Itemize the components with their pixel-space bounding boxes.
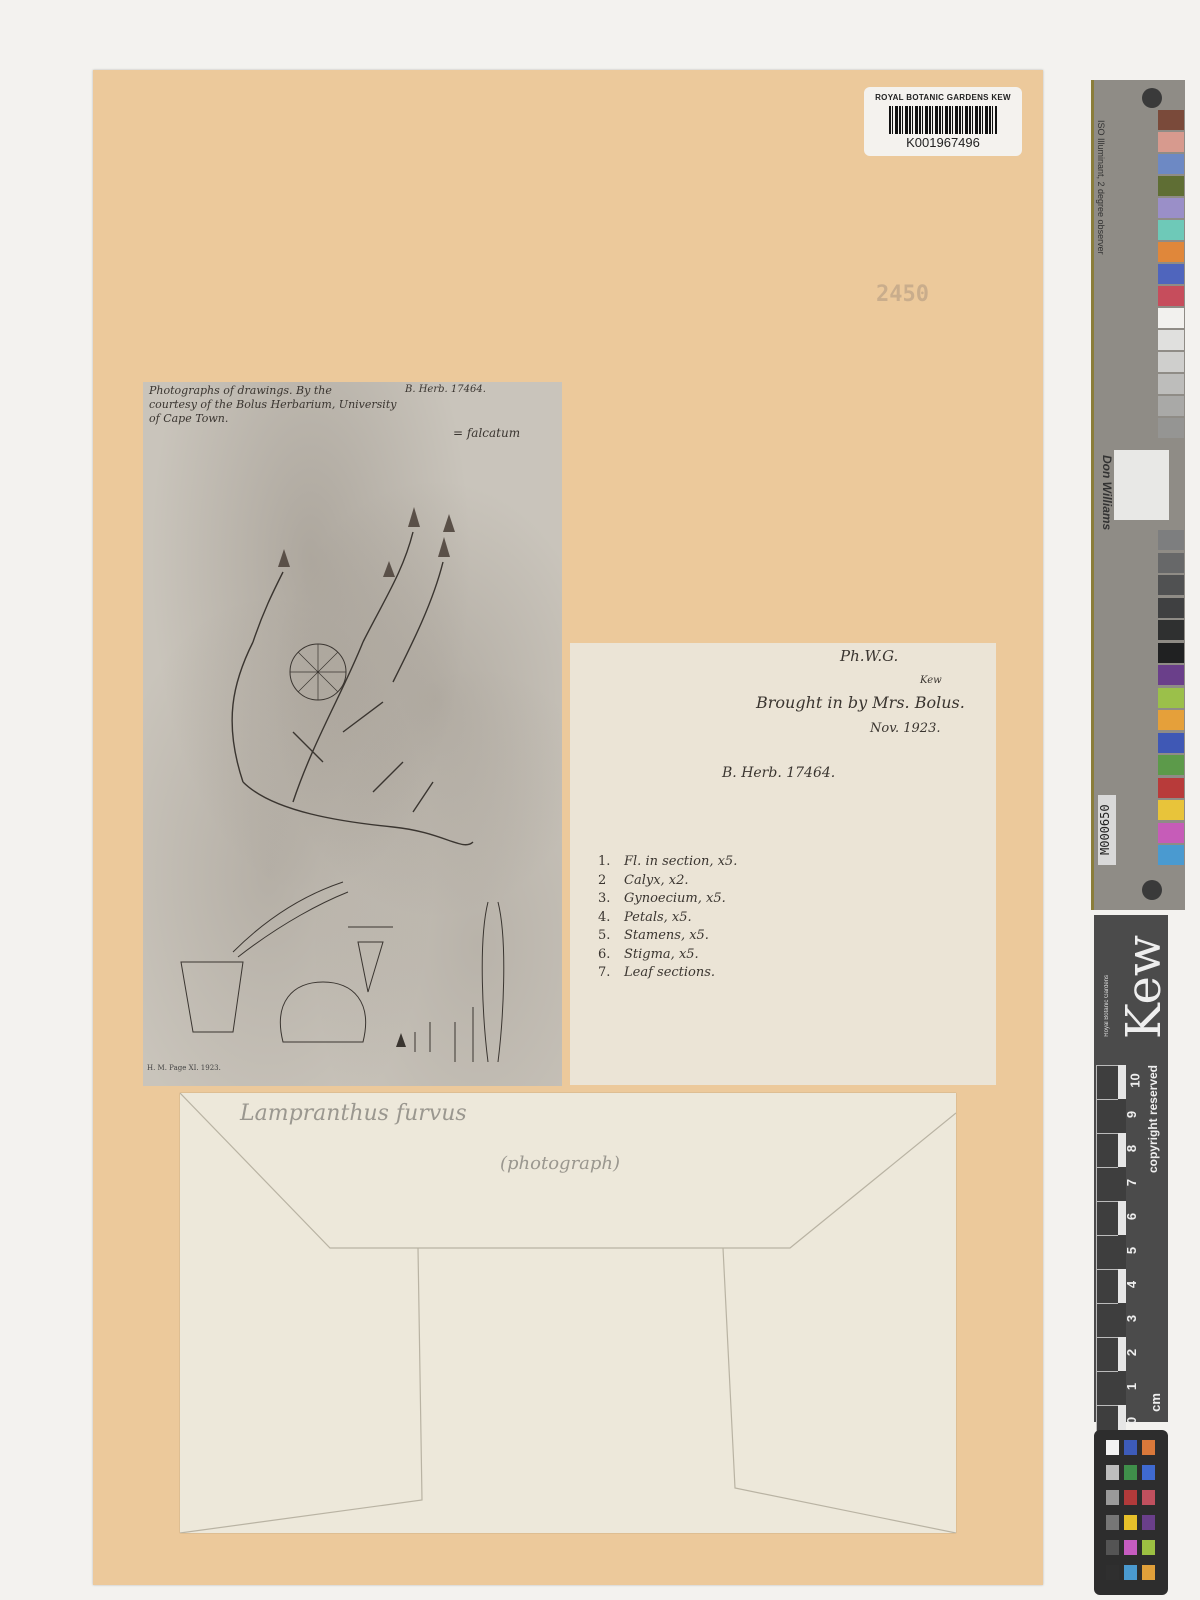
color-calibration-strip: ISO Illuminant, 2 degree observer Don Wi… [1091,80,1185,910]
checker-square [1142,1465,1155,1480]
photo-artist-credit: H. M. Page XI. 1923. [147,1064,221,1072]
ruler-segment [1118,1065,1126,1100]
checker-square [1106,1490,1119,1505]
color-patch [1158,643,1184,663]
color-patch [1158,396,1184,416]
checker-square [1142,1540,1155,1555]
notes-brought-in: Brought in by Mrs. Bolus. [756,693,965,712]
strip-scale-target [1114,450,1169,520]
strip-header-text: ISO Illuminant, 2 degree observer [1096,120,1106,255]
legend-item: 4.Petals, x5. [598,909,737,928]
color-patch [1158,598,1184,618]
checker-square [1106,1565,1119,1580]
color-checker-chart [1094,1430,1168,1595]
checker-square [1106,1465,1119,1480]
ruler-number: 7 [1124,1179,1139,1186]
color-patch [1158,220,1184,240]
ruler-number: 10 [1128,1073,1143,1087]
checker-square [1106,1515,1119,1530]
color-patch [1158,823,1184,843]
notes-card: Ph.W.G. Kew Brought in by Mrs. Bolus. No… [570,643,996,1085]
ruler-unit: cm [1148,1393,1163,1412]
color-patch [1158,132,1184,152]
color-patch [1158,198,1184,218]
checker-square [1124,1465,1137,1480]
ruler-segment [1096,1269,1120,1305]
ruler-number: 0 [1124,1417,1139,1424]
color-patch [1158,575,1184,595]
checker-square [1142,1565,1155,1580]
checker-square [1142,1440,1155,1455]
envelope-note: (photograph) [500,1153,620,1174]
color-patch [1158,374,1184,394]
color-patch [1158,330,1184,350]
barcode-number: K001967496 [864,135,1022,150]
color-patch [1158,710,1184,730]
color-patch [1158,755,1184,775]
ruler-number: 4 [1124,1281,1139,1288]
ruler-segment [1096,1235,1120,1271]
color-patch [1158,264,1184,284]
plant-drawing-icon [143,382,562,1086]
legend-item: 7.Leaf sections. [598,964,737,983]
legend-item: 2Calyx, x2. [598,872,737,891]
color-patch [1158,553,1184,573]
ruler-segment [1096,1133,1120,1169]
ruler-segment [1096,1099,1120,1135]
legend-item: 3.Gynoecium, x5. [598,890,737,909]
barcode-icon [889,106,997,134]
legend-item: 5.Stamens, x5. [598,927,737,946]
checker-square [1124,1490,1137,1505]
checker-square [1142,1515,1155,1530]
notes-signature-place: Kew [920,675,942,686]
color-patch [1158,733,1184,753]
ruler-number: 2 [1124,1349,1139,1356]
color-patch [1158,530,1184,550]
color-patch [1158,688,1184,708]
fragment-envelope[interactable]: Lampranthus furvus (photograph) [180,1093,956,1533]
color-patch [1158,110,1184,130]
strip-code: M000650 [1098,795,1116,865]
color-patch [1158,286,1184,306]
ruler-number: 1 [1124,1383,1139,1390]
checker-square [1142,1490,1155,1505]
color-patch [1158,845,1184,865]
color-patch [1158,242,1184,262]
color-patch [1158,308,1184,328]
cm-ruler: 109876543210 [1096,1065,1140,1415]
figure-legend-list: 1.Fl. in section, x5. 2Calyx, x2. 3.Gyno… [598,853,737,983]
ruler-number: 3 [1124,1315,1139,1322]
color-patch [1158,778,1184,798]
ruler-number: 8 [1124,1145,1139,1152]
color-patch [1158,176,1184,196]
institution-name: ROYAL BOTANIC GARDENS KEW [864,93,1022,102]
color-patch [1158,620,1184,640]
ruler-segment [1096,1167,1120,1203]
ruler-segment [1096,1065,1120,1101]
legend-item: 1.Fl. in section, x5. [598,853,737,872]
notes-date: Nov. 1923. [870,721,940,736]
specimen-photograph: Photographs of drawings. By the courtesy… [143,382,562,1086]
barcode-label: ROYAL BOTANIC GARDENS KEW K001967496 [864,87,1022,156]
ruler-segment [1096,1371,1120,1407]
kew-subtitle: Royal Botanic Gardens [1104,975,1110,1037]
notes-signature: Ph.W.G. [840,647,898,665]
checker-square [1124,1540,1137,1555]
checker-square [1106,1440,1119,1455]
kew-scale-plate: Royal Botanic Gardens Kew copyright rese… [1094,915,1168,1422]
checker-square [1124,1515,1137,1530]
ruler-segment [1096,1201,1120,1237]
kew-copyright: copyright reserved [1146,1065,1160,1173]
ruler-number: 9 [1124,1111,1139,1118]
legend-item: 6.Stigma, x5. [598,946,737,965]
ruler-number: 6 [1124,1213,1139,1220]
checker-square [1124,1440,1137,1455]
ruler-segment [1096,1303,1120,1339]
notes-herbarium-ref: B. Herb. 17464. [722,765,835,781]
strip-dot-icon [1142,88,1162,108]
checker-square [1106,1540,1119,1555]
ruler-segment [1096,1337,1120,1373]
color-patch [1158,418,1184,438]
strip-brand: Don Williams [1100,455,1114,530]
kew-logo: Kew [1116,935,1172,1039]
stamp-number: 2450 [876,282,929,307]
color-patch [1158,665,1184,685]
ruler-number: 5 [1124,1247,1139,1254]
color-patch [1158,800,1184,820]
envelope-species-name: Lampranthus furvus [240,1101,467,1126]
color-patch [1158,154,1184,174]
color-patch [1158,352,1184,372]
checker-square [1124,1565,1137,1580]
strip-dot-icon [1142,880,1162,900]
